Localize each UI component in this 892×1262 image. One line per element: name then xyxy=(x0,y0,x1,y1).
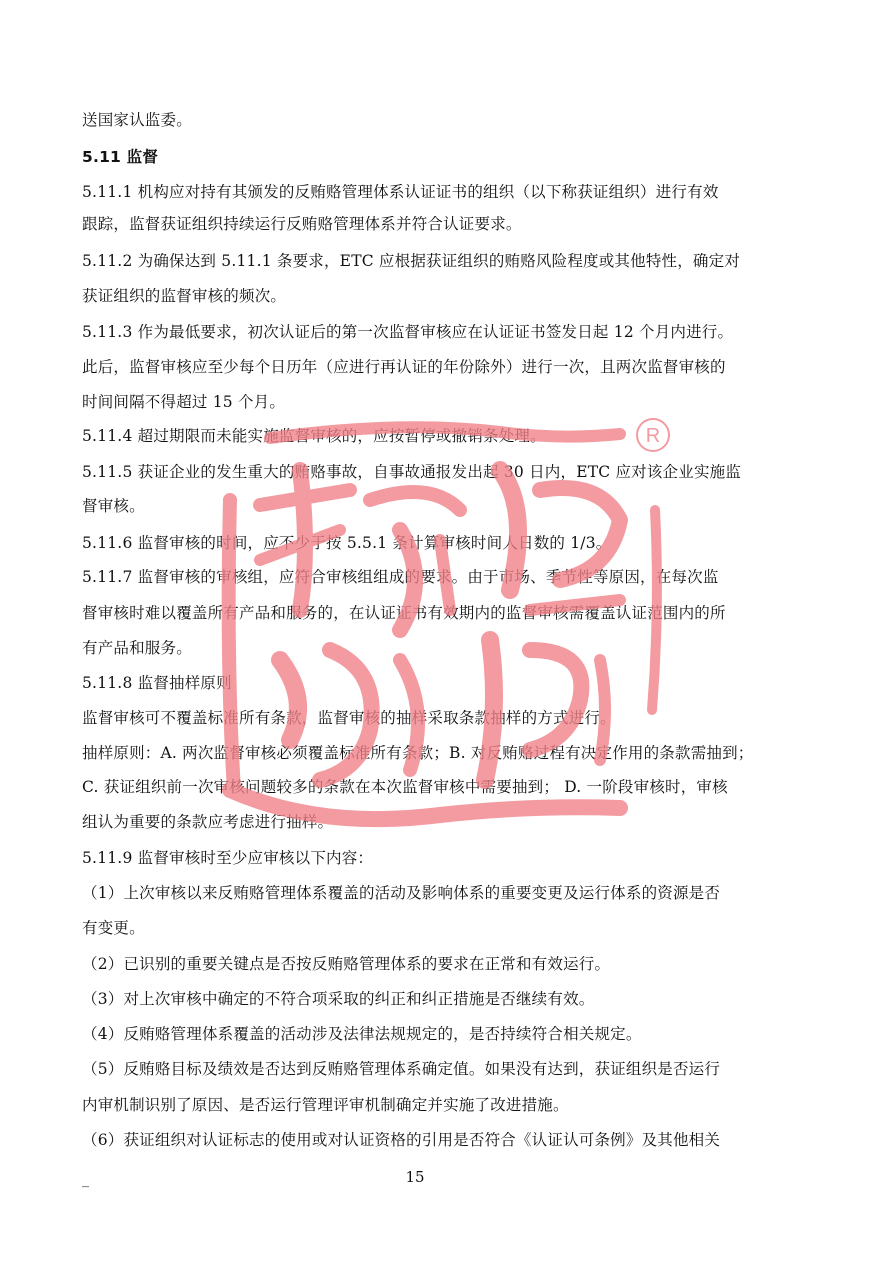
text-line: 5.11.9 监督审核时至少应审核以下内容： xyxy=(82,848,812,868)
text-line: （2）已识别的重要关键点是否按反贿赂管理体系的要求在正常和有效运行。 xyxy=(82,954,812,974)
text-line: 5.11.4 超过期限而未能实施监督审核的，应按暂停或撤销条处理。 xyxy=(82,426,812,446)
text-line: 5.11.3 作为最低要求，初次认证后的第一次监督审核应在认证证书签发日起 12… xyxy=(82,322,812,342)
text-line: （5）反贿赂目标及绩效是否达到反贿赂管理体系确定值。如果没有达到，获证组织是否运… xyxy=(82,1059,812,1079)
text-line: 抽样原则：A. 两次监督审核必须覆盖标准所有条款；B. 对反贿赂过程有决定作用的… xyxy=(82,743,812,763)
text-line: 组认为重要的条款应考虑进行抽样。 xyxy=(82,812,812,832)
text-line: 监督审核可不覆盖标准所有条款，监督审核的抽样采取条款抽样的方式进行。 xyxy=(82,708,812,728)
text-line: 5.11.8 监督抽样原则 xyxy=(82,673,812,693)
section-heading: 5.11 监督 xyxy=(82,147,812,167)
text-line: 5.11.1 机构应对持有其颁发的反贿赂管理体系认证证书的组织（以下称获证组织）… xyxy=(82,182,812,202)
text-line: （6）获证组织对认证标志的使用或对认证资格的引用是否符合《认证认可条例》及其他相… xyxy=(82,1130,812,1150)
page-number: 15 xyxy=(0,1168,830,1186)
text-line: （1）上次审核以来反贿赂管理体系覆盖的活动及影响体系的重要变更及运行体系的资源是… xyxy=(82,883,812,903)
text-line: 有产品和服务。 xyxy=(82,638,812,658)
text-line: C. 获证组织前一次审核问题较多的条款在本次监督审核中需要抽到； D. 一阶段审… xyxy=(82,777,812,797)
text-line: 内审机制识别了原因、是否运行管理评审机制确定并实施了改进措施。 xyxy=(82,1095,812,1115)
text-line: 时间间隔不得超过 15 个月。 xyxy=(82,392,812,412)
text-line: 送国家认监委。 xyxy=(82,110,812,130)
text-line: 5.11.7 监督审核的审核组，应符合审核组组成的要求。由于市场、季节性等原因，… xyxy=(82,567,812,587)
footer-mark: _ xyxy=(82,1172,89,1188)
text-line: 督审核时难以覆盖所有产品和服务的，在认证证书有效期内的监督审核需覆盖认证范围内的… xyxy=(82,603,812,623)
text-line: （3）对上次审核中确定的不符合项采取的纠正和纠正措施是否继续有效。 xyxy=(82,989,812,1009)
document-page: 送国家认监委。5.11 监督5.11.1 机构应对持有其颁发的反贿赂管理体系认证… xyxy=(0,0,892,1262)
text-line: 督审核。 xyxy=(82,496,812,516)
text-line: 此后，监督审核应至少每个日历年（应进行再认证的年份除外）进行一次，且两次监督审核… xyxy=(82,357,812,377)
text-line: 5.11.2 为确保达到 5.11.1 条要求，ETC 应根据获证组织的贿赂风险… xyxy=(82,251,812,271)
text-line: 跟踪，监督获证组织持续运行反贿赂管理体系并符合认证要求。 xyxy=(82,214,812,234)
text-line: 有变更。 xyxy=(82,918,812,938)
text-line: 获证组织的监督审核的频次。 xyxy=(82,286,812,306)
text-line: 5.11.5 获证企业的发生重大的贿赂事故，自事故通报发出起 30 日内，ETC… xyxy=(82,462,812,482)
text-line: 5.11.6 监督审核的时间，应不少于按 5.5.1 条计算审核时间人日数的 1… xyxy=(82,533,812,553)
text-line: （4）反贿赂管理体系覆盖的活动涉及法律法规规定的，是否持续符合相关规定。 xyxy=(82,1024,812,1044)
